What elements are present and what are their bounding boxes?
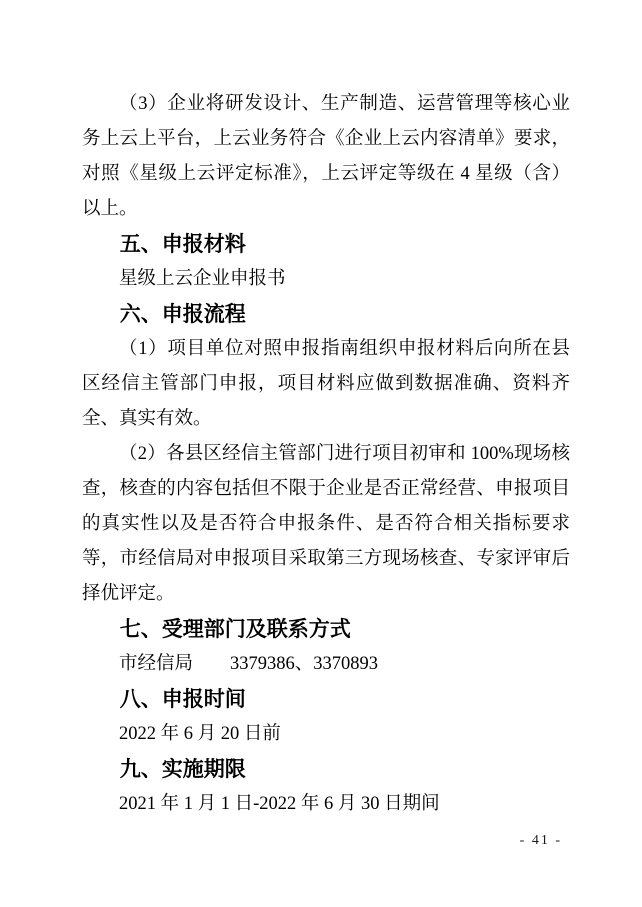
heading-section-9-implementation-period: 九、实施期限	[82, 752, 570, 787]
paragraph-process-step-2: （2）各县区经信主管部门进行项目初审和 100%现场核查，核查的内容包括但不限于…	[82, 437, 570, 612]
paragraph-application-document: 星级上云企业申报书	[82, 262, 570, 297]
page-content: （3）企业将研发设计、生产制造、运营管理等核心业务上云上平台，上云业务符合《企业…	[82, 87, 570, 822]
heading-section-7-contact-department: 七、受理部门及联系方式	[82, 612, 570, 647]
heading-section-8-application-time: 八、申报时间	[82, 682, 570, 717]
paragraph-item-3-cloud-requirement: （3）企业将研发设计、生产制造、运营管理等核心业务上云上平台，上云业务符合《企业…	[82, 87, 570, 227]
paragraph-contact-info: 市经信局 3379386、3370893	[82, 647, 570, 682]
paragraph-process-step-1: （1）项目单位对照申报指南组织申报材料后向所在县区经信主管部门申报，项目材料应做…	[82, 332, 570, 437]
page-number: - 41 -	[520, 832, 562, 850]
heading-section-6-application-process: 六、申报流程	[82, 297, 570, 332]
paragraph-application-deadline: 2022 年 6 月 20 日前	[82, 717, 570, 752]
document-page: （3）企业将研发设计、生产制造、运营管理等核心业务上云上平台，上云业务符合《企业…	[0, 0, 642, 907]
heading-section-5-application-materials: 五、申报材料	[82, 227, 570, 262]
paragraph-implementation-period: 2021 年 1 月 1 日-2022 年 6 月 30 日期间	[82, 787, 570, 822]
